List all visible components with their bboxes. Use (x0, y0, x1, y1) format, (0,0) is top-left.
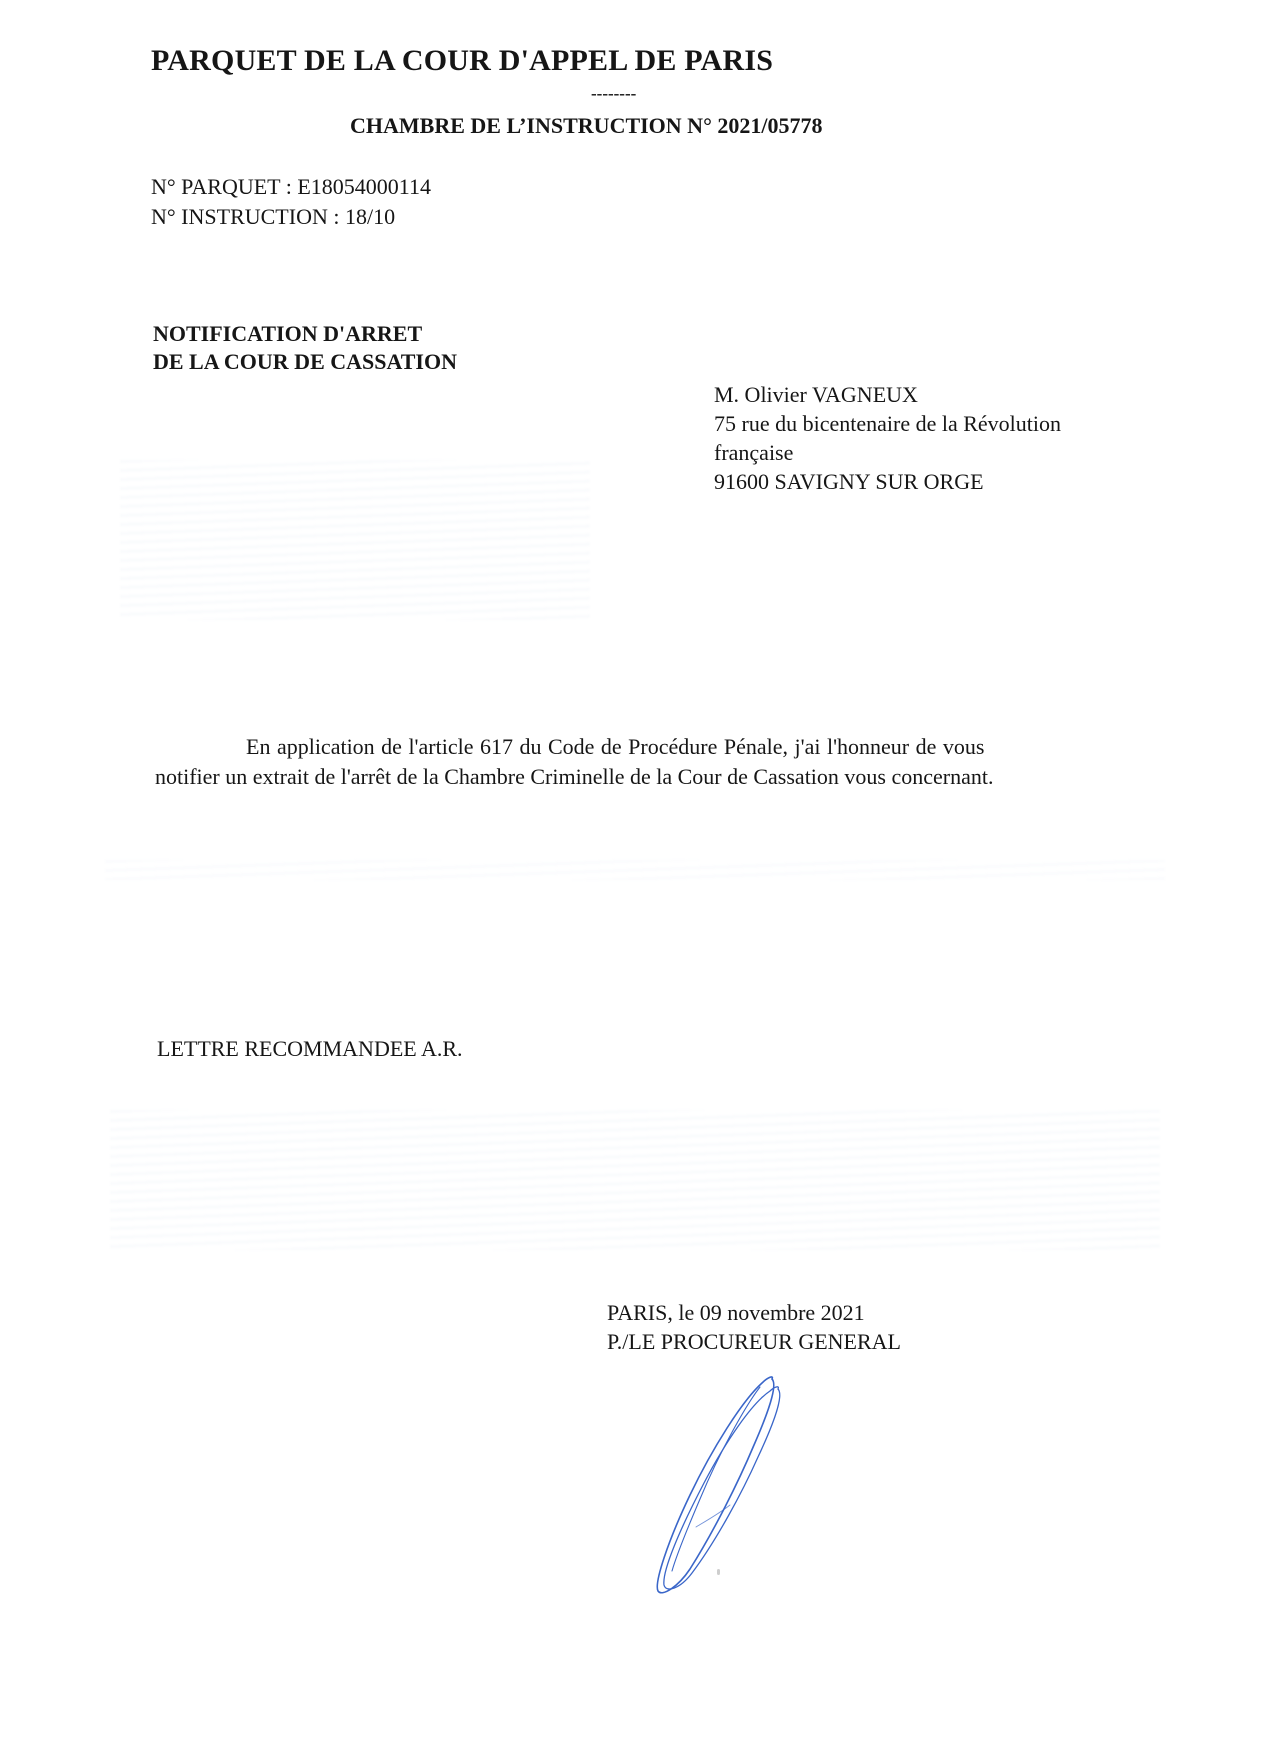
scan-speck (717, 1569, 720, 1575)
body-paragraph-line-2: notifier un extrait de l'arrêt de la Cha… (155, 764, 993, 790)
recipient-street: 75 rue du bicentenaire de la Révolution (714, 409, 1061, 438)
subject-line-2: DE LA COUR DE CASSATION (153, 349, 457, 375)
recipient-street-continued: française (714, 438, 793, 467)
parquet-number: N° PARQUET : E18054000114 (151, 174, 431, 200)
recipient-name: M. Olivier VAGNEUX (714, 380, 918, 409)
signatory: P./LE PROCUREUR GENERAL (607, 1329, 901, 1355)
signature-icon (650, 1365, 800, 1595)
place-and-date: PARIS, le 09 novembre 2021 (607, 1300, 865, 1326)
instruction-number: N° INSTRUCTION : 18/10 (151, 204, 395, 230)
scan-fold-mark (105, 860, 1165, 880)
chamber-reference: CHAMBRE DE L’INSTRUCTION N° 2021/05778 (350, 113, 822, 139)
body-paragraph-line-1: En application de l'article 617 du Code … (246, 734, 984, 760)
recipient-city: 91600 SAVIGNY SUR ORGE (714, 467, 984, 496)
subject-line-1: NOTIFICATION D'ARRET (153, 321, 422, 347)
scan-bleed-through (110, 1110, 1160, 1250)
delivery-mode: LETTRE RECOMMANDEE A.R. (157, 1036, 463, 1062)
document-page: PARQUET DE LA COUR D'APPEL DE PARIS ----… (0, 0, 1275, 1754)
court-title: PARQUET DE LA COUR D'APPEL DE PARIS (151, 44, 773, 78)
header-separator: -------- (591, 84, 636, 104)
scan-bleed-through (120, 460, 590, 620)
